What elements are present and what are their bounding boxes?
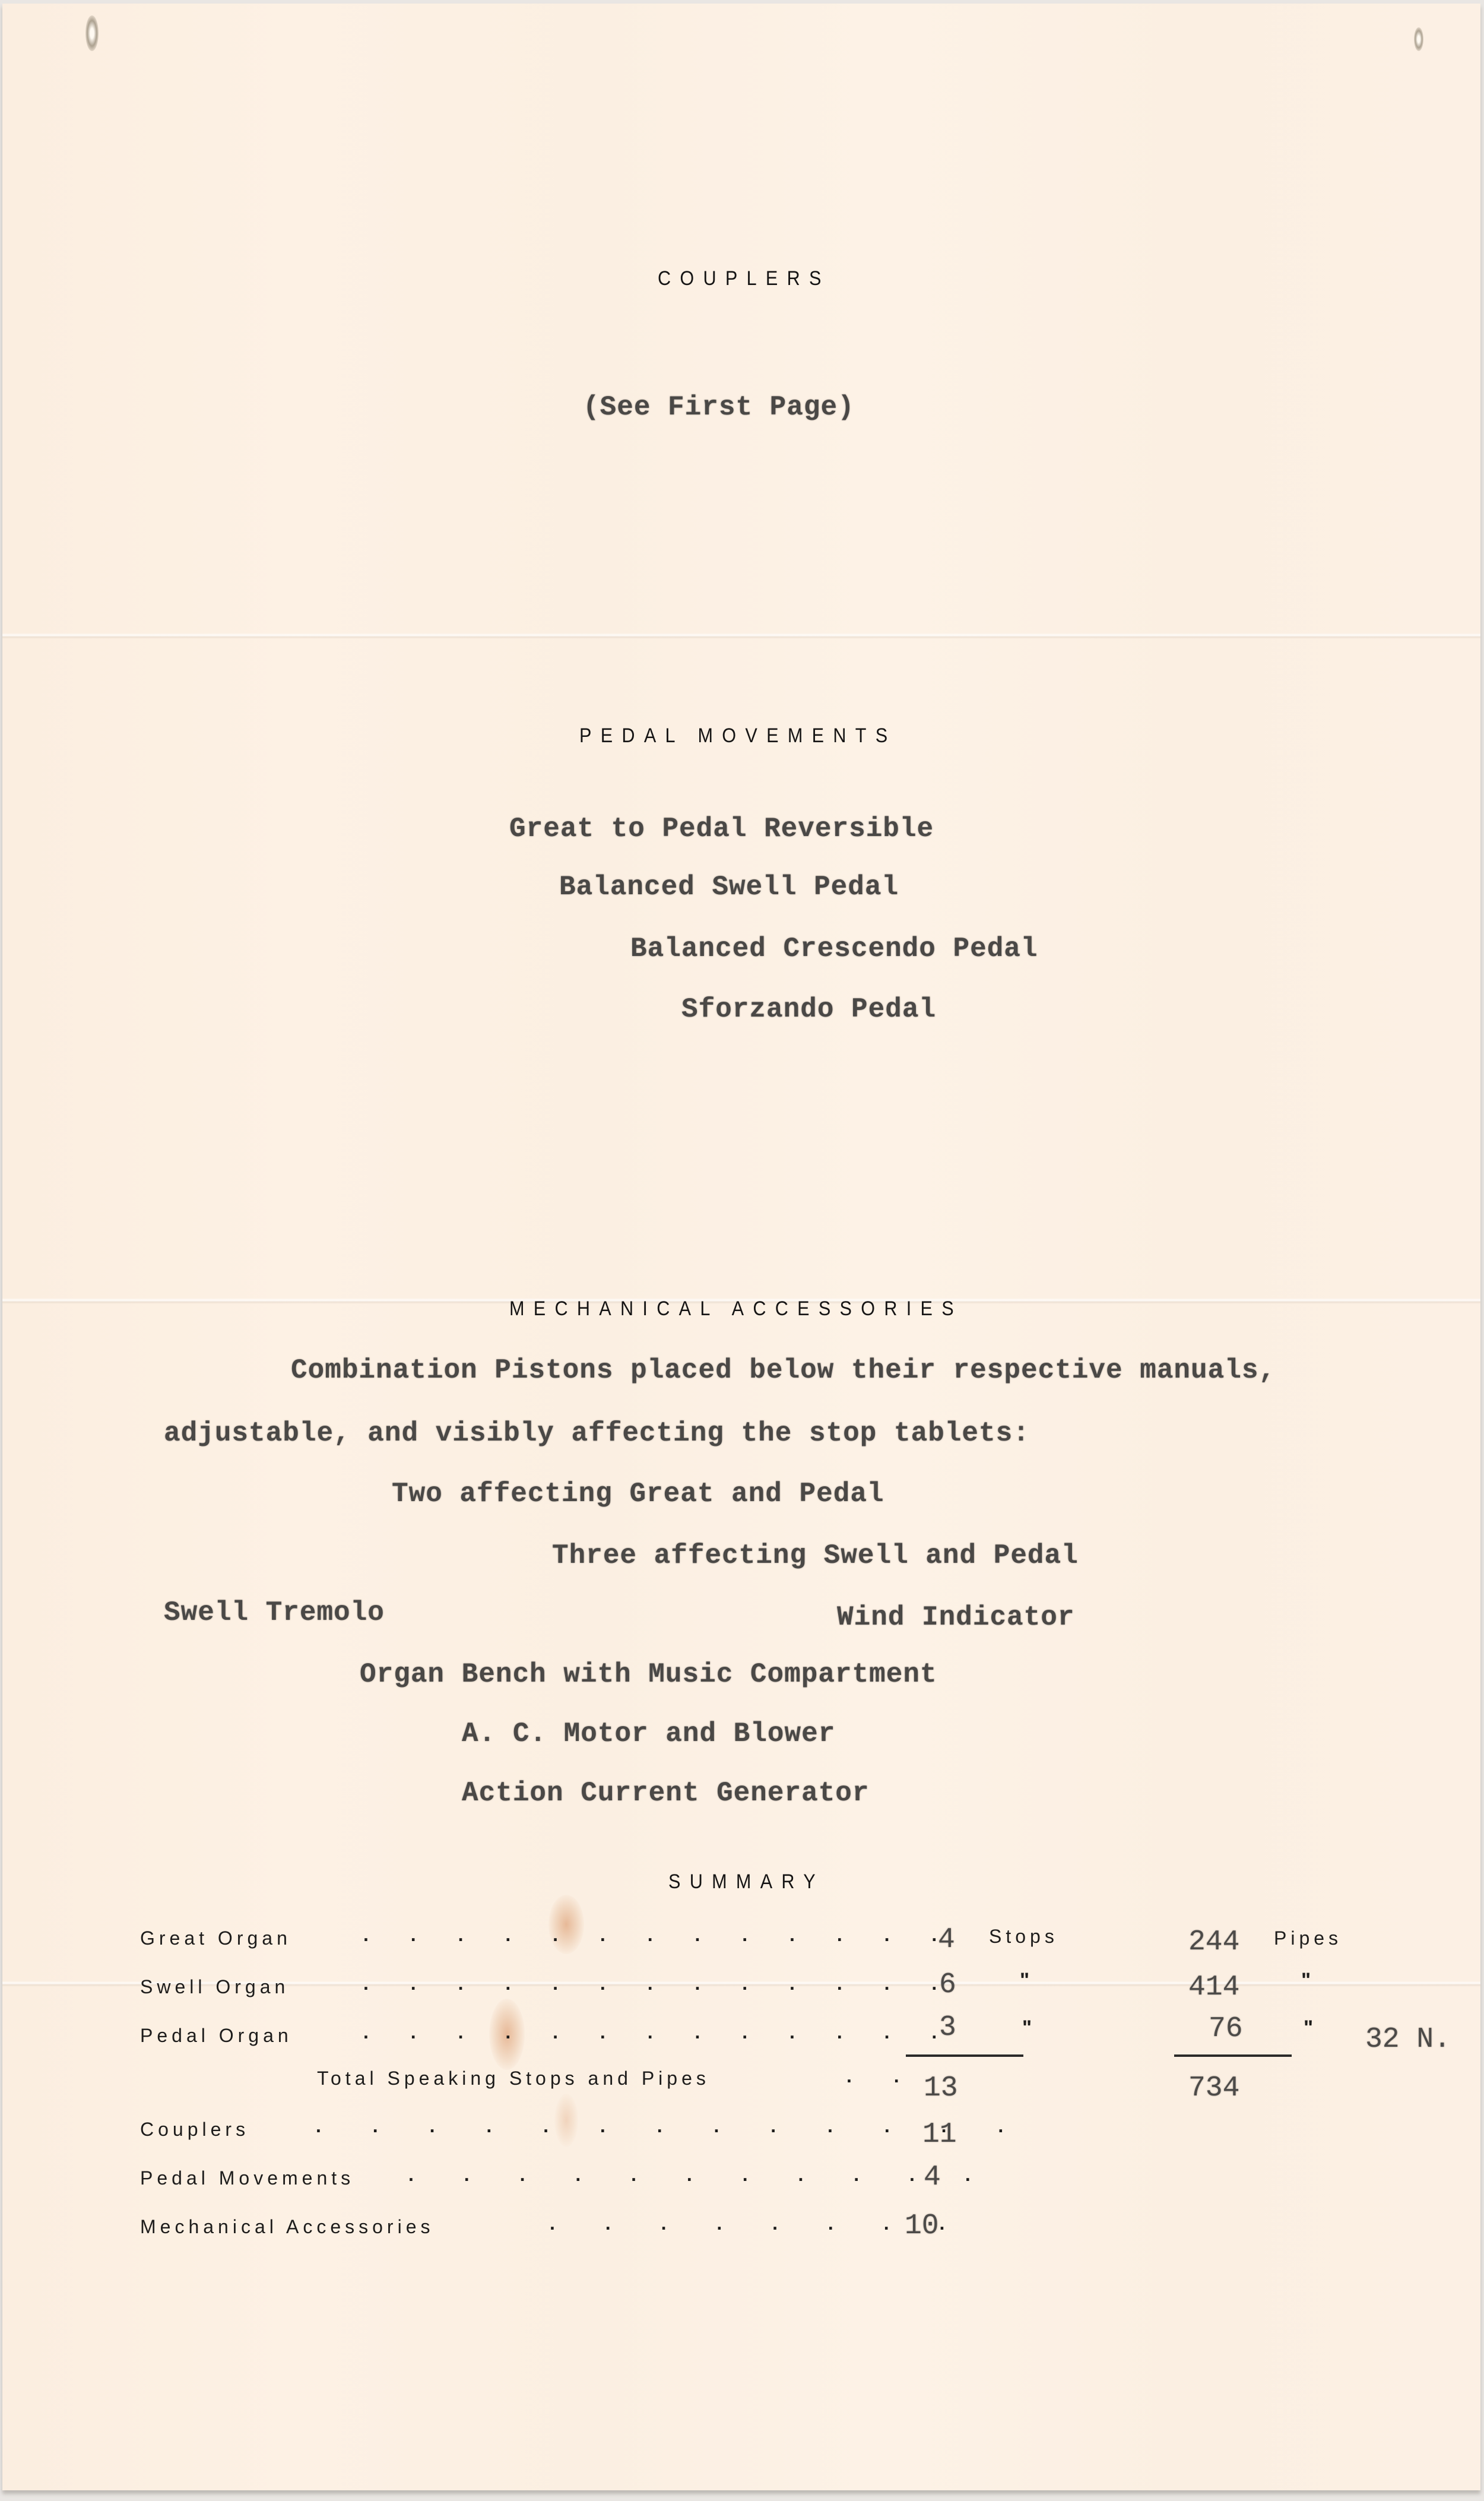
summary-label: Pedal Movements xyxy=(140,2167,354,2189)
pedal-movement-item: Balanced Crescendo Pedal xyxy=(630,933,1038,964)
stops-column-label: Stops xyxy=(989,1926,1058,1948)
leader-dots: . . . . . . . . . . . xyxy=(408,2164,993,2186)
leader-dots: . . . . . . . . . . . . . xyxy=(316,2115,1026,2137)
pistons-intro-line2: adjustable, and visibly affecting the st… xyxy=(164,1418,1030,1449)
summary-label: Mechanical Accessories xyxy=(140,2216,434,2238)
leader-dots: . . xyxy=(846,2065,918,2087)
pipes-column-label: Pipes xyxy=(1274,1927,1342,1949)
leader-dots: . . . . . . . . . . . . . xyxy=(363,1924,955,1946)
ditto-mark: " xyxy=(1301,1969,1311,1992)
summary-heading: SUMMARY xyxy=(668,1870,825,1894)
accessory-item: Action Current Generator xyxy=(462,1778,870,1809)
stops-value: 3 xyxy=(939,2012,956,2044)
swell-tremolo: Swell Tremolo xyxy=(164,1597,385,1628)
pedal-movement-item: Great to Pedal Reversible xyxy=(509,813,934,844)
pedal-movement-item: Sforzando Pedal xyxy=(681,994,936,1025)
pipes-total: 734 xyxy=(1188,2072,1239,2104)
summary-total-label: Total Speaking Stops and Pipes xyxy=(317,2068,710,2090)
leader-dots: . . . . . . . . . . . . . xyxy=(363,2021,955,2043)
stops-value: 6 xyxy=(939,1969,956,2001)
mechanical-accessories-heading: MECHANICAL ACCESSORIES xyxy=(509,1297,963,1321)
pipes-value: 76 xyxy=(1209,2013,1243,2045)
couplers-heading: COUPLERS xyxy=(658,267,830,290)
leader-dots: . . . . . . . . . . . . . xyxy=(363,1973,955,1995)
total-rule-stops xyxy=(906,2054,1023,2057)
ditto-mark: " xyxy=(1022,2016,1032,2040)
wind-indicator: Wind Indicator xyxy=(837,1602,1074,1633)
accessory-item: A. C. Motor and Blower xyxy=(462,1718,835,1749)
summary-label: Swell Organ xyxy=(140,1976,289,1998)
stops-value: 4 xyxy=(938,1924,955,1956)
couplers-note: (See First Page) xyxy=(583,392,855,423)
piston-item: Three affecting Swell and Pedal xyxy=(552,1540,1079,1571)
pipes-value: 414 xyxy=(1188,1971,1239,2003)
pistons-intro-line1: Combination Pistons placed below their r… xyxy=(291,1355,1276,1386)
summary-label: Pedal Organ xyxy=(140,2025,293,2047)
pedal-movements-heading: PEDAL MOVEMENTS xyxy=(579,724,896,748)
pedal-movements-count: 4 xyxy=(924,2161,941,2193)
total-rule-pipes xyxy=(1174,2054,1292,2057)
pinhole-mark xyxy=(1414,27,1423,51)
accessory-item: Organ Bench with Music Compartment xyxy=(360,1659,937,1690)
pedal-movement-item: Balanced Swell Pedal xyxy=(559,872,899,903)
mechanical-accessories-count: 10 xyxy=(905,2210,939,2242)
paper-fold xyxy=(2,633,1480,639)
piston-item: Two affecting Great and Pedal xyxy=(392,1479,884,1509)
stops-total: 13 xyxy=(924,2072,958,2104)
ditto-mark: " xyxy=(1304,2016,1313,2040)
summary-label: Great Organ xyxy=(140,1927,291,1949)
pedal-note: 32 N. xyxy=(1365,2024,1451,2056)
couplers-count: 11 xyxy=(922,2119,957,2151)
ditto-mark: " xyxy=(1020,1969,1029,1992)
pipes-value: 244 xyxy=(1188,1926,1239,1958)
summary-label: Couplers xyxy=(140,2119,249,2141)
pinhole-mark xyxy=(85,15,99,51)
